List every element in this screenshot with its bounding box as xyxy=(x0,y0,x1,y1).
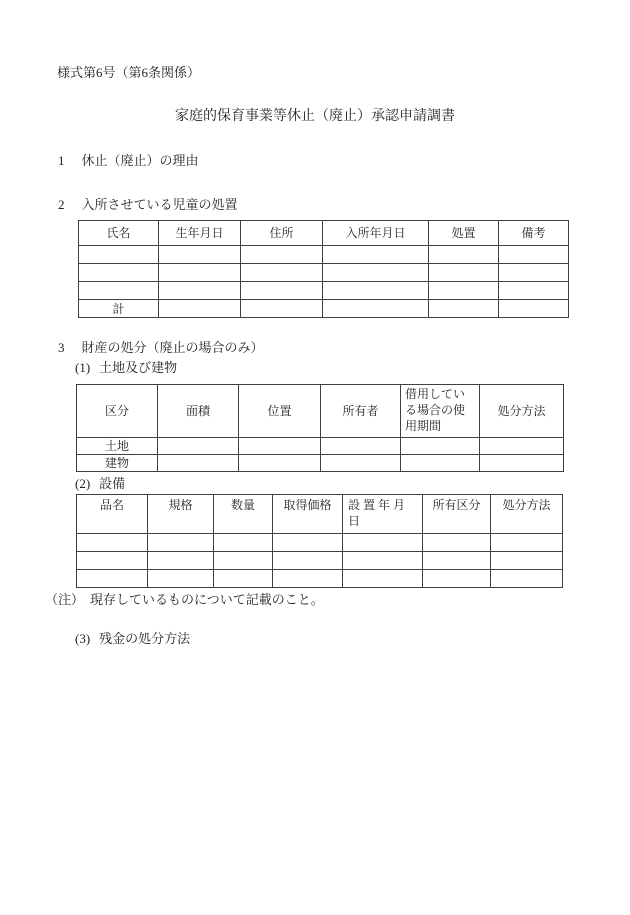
header-quantity: 数量 xyxy=(214,495,273,534)
empty-cell xyxy=(239,438,321,455)
empty-cell xyxy=(148,552,214,570)
row-label-land: 土地 xyxy=(77,438,158,455)
empty-cell xyxy=(429,300,499,318)
header-disposal-method: 処分方法 xyxy=(491,495,563,534)
header-disposal-method: 処分方法 xyxy=(480,385,564,438)
empty-cell xyxy=(499,264,569,282)
empty-cell xyxy=(323,246,429,264)
table-row xyxy=(77,552,563,570)
section-2-label: 入所させている児童の処置 xyxy=(82,197,238,212)
empty-cell xyxy=(158,455,239,472)
header-location: 位置 xyxy=(239,385,321,438)
empty-cell xyxy=(429,282,499,300)
empty-cell xyxy=(148,570,214,588)
header-acquisition-price: 取得価格 xyxy=(273,495,343,534)
subsection-1-number: (1) xyxy=(75,359,90,377)
header-item-name: 品名 xyxy=(77,495,148,534)
header-remarks: 備考 xyxy=(499,221,569,246)
header-owner: 所有者 xyxy=(321,385,401,438)
empty-cell xyxy=(423,534,491,552)
subsection-1-heading: (1)土地及び建物 xyxy=(75,359,177,377)
empty-cell xyxy=(480,438,564,455)
document-title: 家庭的保育事業等休止（廃止）承認申請調書 xyxy=(0,107,630,126)
table-row xyxy=(77,534,563,552)
empty-cell xyxy=(343,570,423,588)
land-building-table: 区分 面積 位置 所有者 借用している場合の使用期間 処分方法 土地 建物 xyxy=(76,384,564,472)
empty-cell xyxy=(241,282,323,300)
document-page: 様式第6号（第6条関係） 家庭的保育事業等休止（廃止）承認申請調書 1休止（廃止… xyxy=(0,0,630,915)
section-3-label: 財産の処分（廃止の場合のみ） xyxy=(82,340,264,355)
table-row xyxy=(77,570,563,588)
empty-cell xyxy=(148,534,214,552)
empty-cell xyxy=(239,455,321,472)
empty-cell xyxy=(321,438,401,455)
empty-cell xyxy=(241,264,323,282)
section-1-heading: 1休止（廃止）の理由 xyxy=(58,152,199,170)
empty-cell xyxy=(214,570,273,588)
empty-cell xyxy=(401,438,480,455)
form-number: 様式第6号（第6条関係） xyxy=(57,64,200,82)
header-address: 住所 xyxy=(241,221,323,246)
empty-cell xyxy=(241,300,323,318)
empty-cell xyxy=(429,264,499,282)
header-area: 面積 xyxy=(158,385,239,438)
header-loan-period: 借用している場合の使用期間 xyxy=(401,385,480,438)
section-2-heading: 2入所させている児童の処置 xyxy=(58,196,238,214)
subsection-3-number: (3) xyxy=(75,630,90,648)
empty-cell xyxy=(79,282,159,300)
empty-cell xyxy=(159,246,241,264)
equipment-table: 品名 規格 数量 取得価格 設置年月日 所有区分 処分方法 xyxy=(76,494,563,588)
table-header-row: 区分 面積 位置 所有者 借用している場合の使用期間 処分方法 xyxy=(77,385,564,438)
header-disposition: 処置 xyxy=(429,221,499,246)
table-header-row: 品名 規格 数量 取得価格 設置年月日 所有区分 処分方法 xyxy=(77,495,563,534)
note-line: （注）現存しているものについて記載のこと。 xyxy=(45,591,324,609)
empty-cell xyxy=(79,264,159,282)
table-total-row: 計 xyxy=(79,300,569,318)
empty-cell xyxy=(323,282,429,300)
empty-cell xyxy=(491,552,563,570)
subsection-3-label: 残金の処分方法 xyxy=(99,631,190,646)
empty-cell xyxy=(423,570,491,588)
total-label-cell: 計 xyxy=(79,300,159,318)
section-1-number: 1 xyxy=(58,152,65,170)
subsection-3-heading: (3)残金の処分方法 xyxy=(75,630,190,648)
empty-cell xyxy=(343,552,423,570)
empty-cell xyxy=(77,552,148,570)
section-1-label: 休止（廃止）の理由 xyxy=(82,153,199,168)
empty-cell xyxy=(480,455,564,472)
empty-cell xyxy=(321,455,401,472)
empty-cell xyxy=(77,570,148,588)
empty-cell xyxy=(241,246,323,264)
table-row xyxy=(79,282,569,300)
header-spec: 規格 xyxy=(148,495,214,534)
section-3-number: 3 xyxy=(58,339,65,357)
header-admission-date: 入所年月日 xyxy=(323,221,429,246)
header-ownership: 所有区分 xyxy=(423,495,491,534)
table-header-row: 氏名 生年月日 住所 入所年月日 処置 備考 xyxy=(79,221,569,246)
note-marker: （注） xyxy=(45,591,84,609)
subsection-1-label: 土地及び建物 xyxy=(99,360,177,375)
empty-cell xyxy=(273,534,343,552)
empty-cell xyxy=(491,534,563,552)
table-row-building: 建物 xyxy=(77,455,564,472)
empty-cell xyxy=(343,534,423,552)
empty-cell xyxy=(159,300,241,318)
empty-cell xyxy=(423,552,491,570)
empty-cell xyxy=(79,246,159,264)
header-birthdate: 生年月日 xyxy=(159,221,241,246)
empty-cell xyxy=(159,264,241,282)
header-category: 区分 xyxy=(77,385,158,438)
header-installation-date: 設置年月日 xyxy=(343,495,423,534)
empty-cell xyxy=(323,300,429,318)
empty-cell xyxy=(499,300,569,318)
note-text: 現存しているものについて記載のこと。 xyxy=(90,592,324,607)
subsection-2-number: (2) xyxy=(75,475,90,493)
empty-cell xyxy=(499,246,569,264)
table-row xyxy=(79,264,569,282)
empty-cell xyxy=(214,552,273,570)
section-3-heading: 3財産の処分（廃止の場合のみ） xyxy=(58,339,264,357)
row-label-building: 建物 xyxy=(77,455,158,472)
subsection-2-heading: (2)設備 xyxy=(75,475,125,493)
empty-cell xyxy=(77,534,148,552)
header-name: 氏名 xyxy=(79,221,159,246)
empty-cell xyxy=(158,438,239,455)
empty-cell xyxy=(273,570,343,588)
empty-cell xyxy=(214,534,273,552)
empty-cell xyxy=(159,282,241,300)
table-row xyxy=(79,246,569,264)
subsection-2-label: 設備 xyxy=(99,476,125,491)
empty-cell xyxy=(429,246,499,264)
table-row-land: 土地 xyxy=(77,438,564,455)
empty-cell xyxy=(499,282,569,300)
empty-cell xyxy=(273,552,343,570)
empty-cell xyxy=(401,455,480,472)
empty-cell xyxy=(323,264,429,282)
empty-cell xyxy=(491,570,563,588)
section-2-number: 2 xyxy=(58,196,65,214)
children-disposition-table: 氏名 生年月日 住所 入所年月日 処置 備考 計 xyxy=(78,220,569,318)
